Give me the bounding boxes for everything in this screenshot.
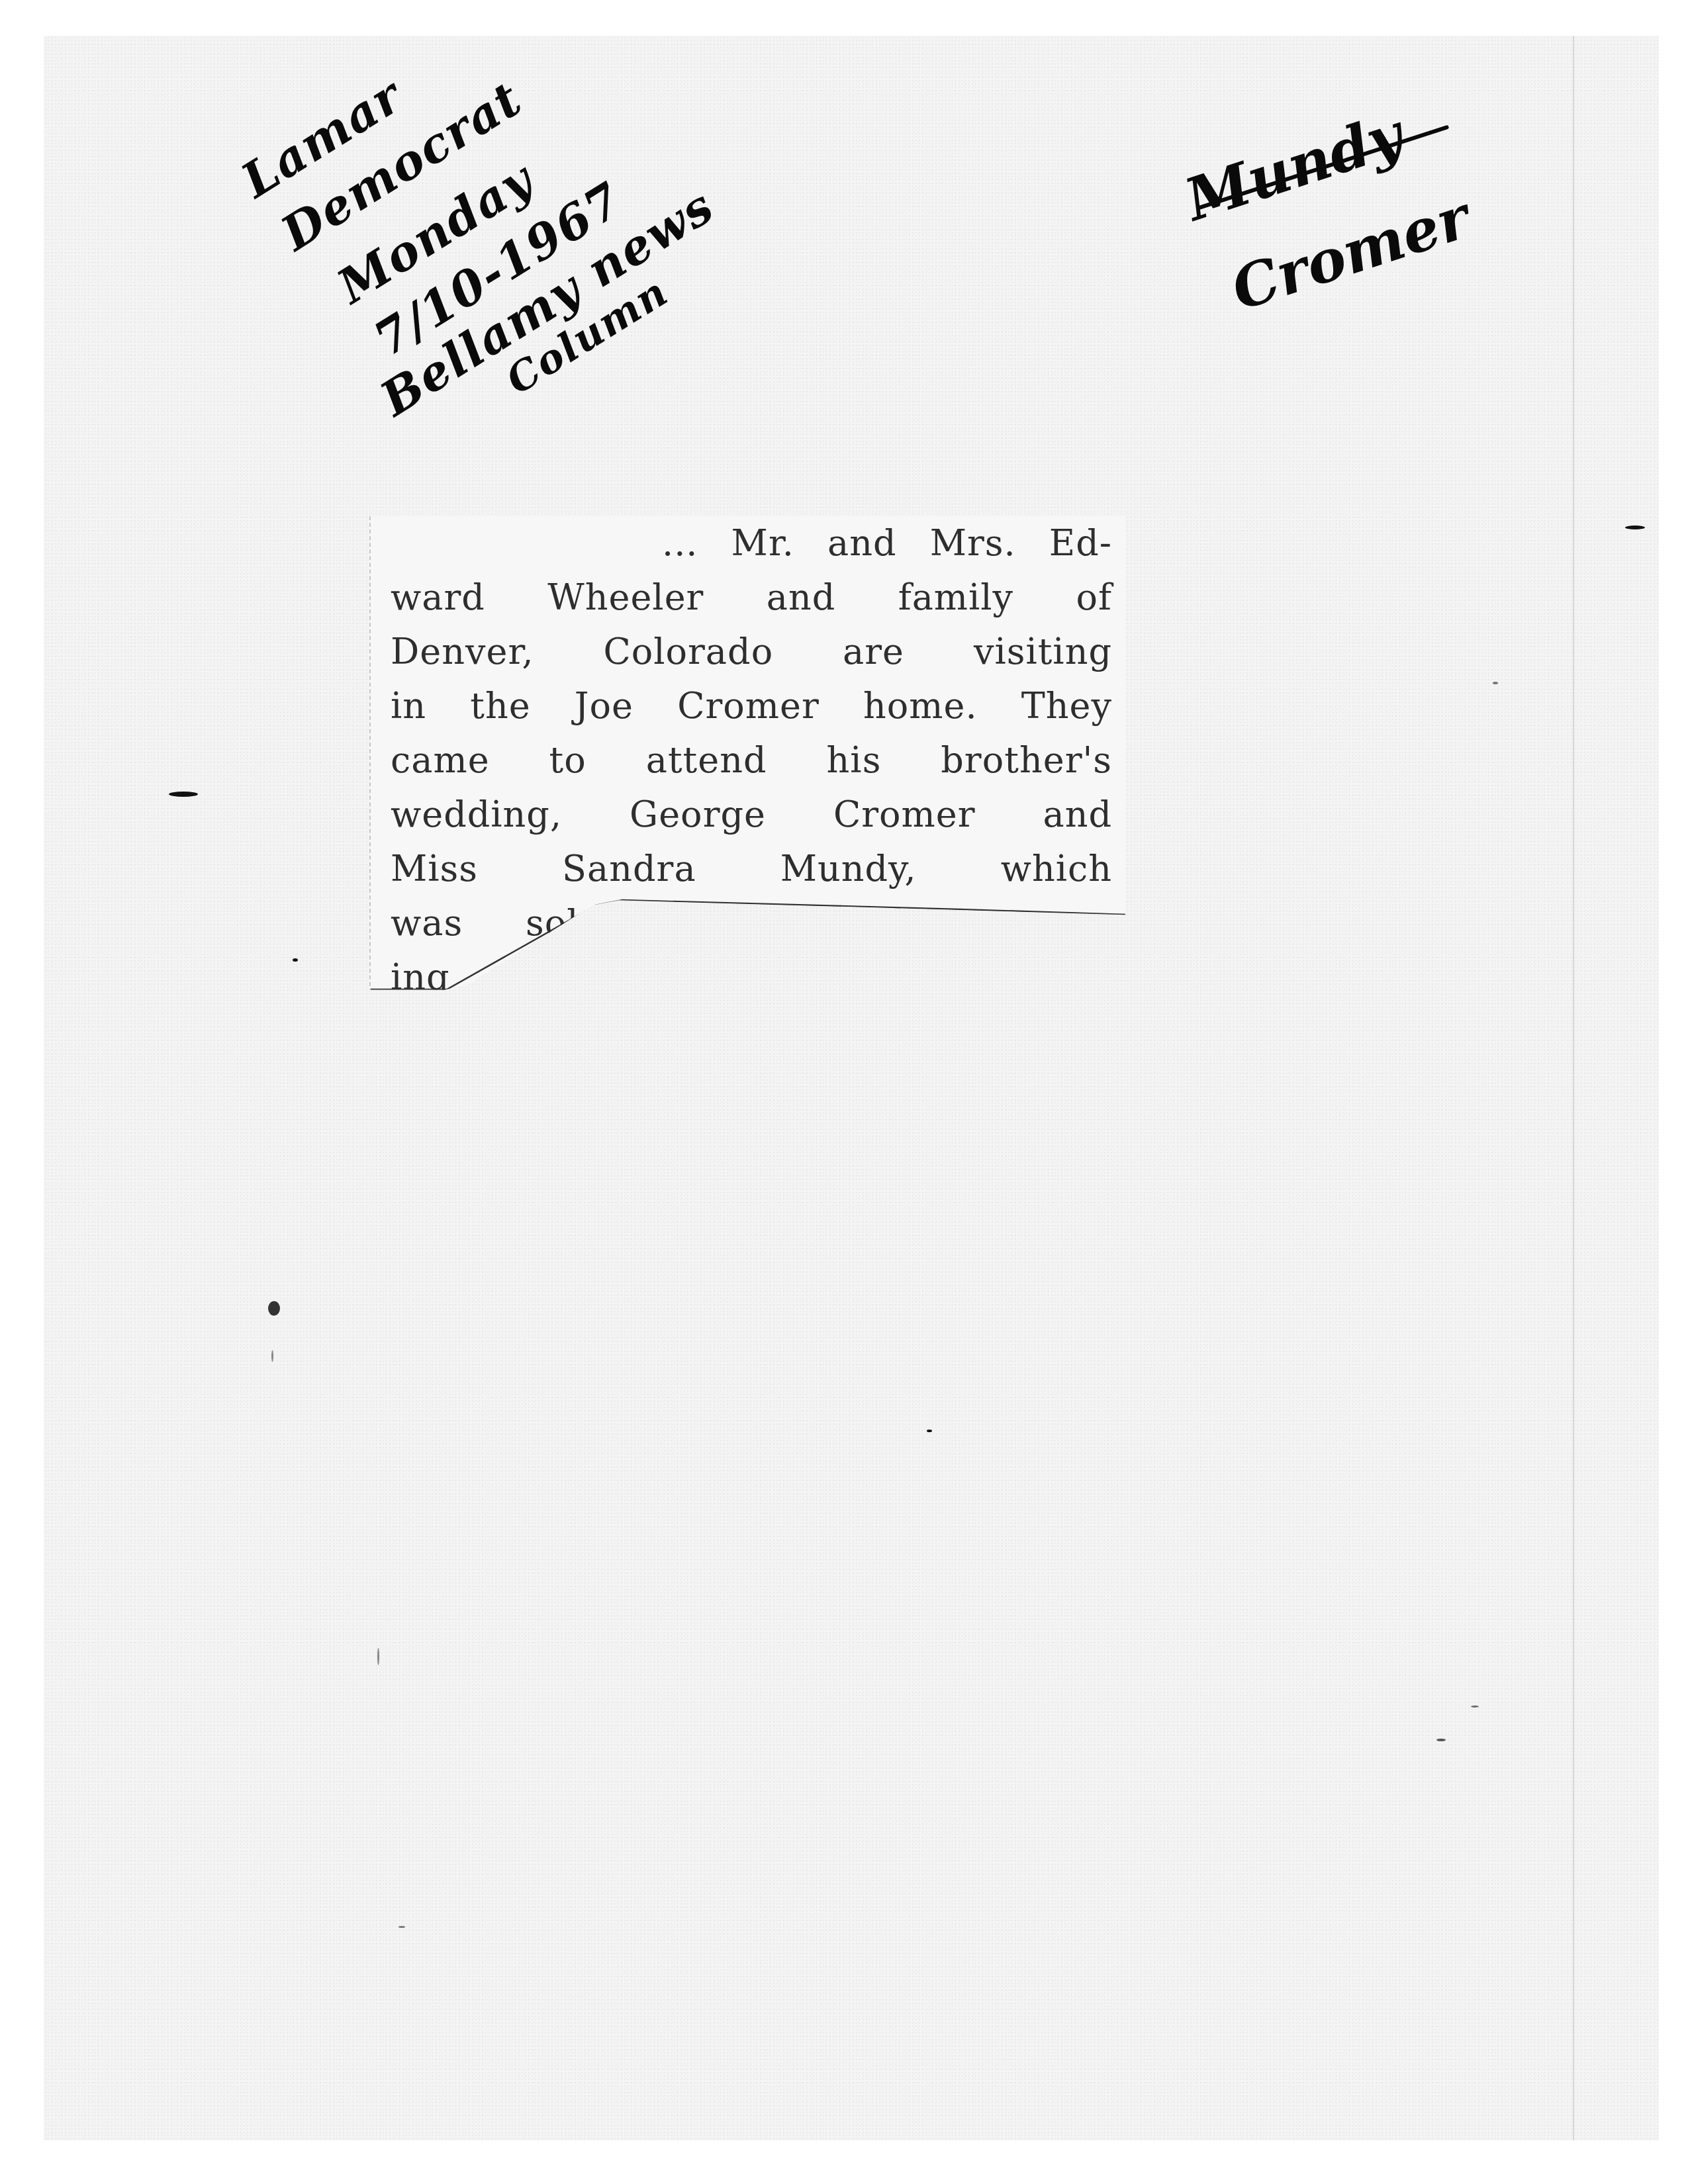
clipping-line: wedding, George Cromer and xyxy=(391,788,1112,842)
clipping-line: in the Joe Cromer home. They xyxy=(391,679,1112,733)
scan-fold-line xyxy=(1573,36,1574,2140)
scan-artifact xyxy=(1436,1739,1446,1741)
scan-artifact xyxy=(1471,1706,1479,1707)
scan-artifact xyxy=(271,1350,273,1362)
clipping-line: Denver, Colorado are visiting xyxy=(391,625,1112,679)
clipping-line: came to attend his brother's xyxy=(391,733,1112,788)
clipping-line: Miss Sandra Mundy, which xyxy=(391,842,1112,896)
clipping-line: ward Wheeler and family of xyxy=(391,570,1112,625)
scan-artifact xyxy=(169,792,198,797)
scanned-page xyxy=(44,36,1659,2140)
scan-artifact xyxy=(399,1926,405,1928)
scan-artifact xyxy=(377,1648,379,1665)
scan-artifact xyxy=(1493,682,1498,684)
scan-artifact xyxy=(268,1301,280,1316)
scan-artifact xyxy=(1625,525,1645,529)
scan-artifact xyxy=(293,958,298,962)
clipping-line: ... Mr. and Mrs. Ed- xyxy=(391,516,1112,570)
scan-artifact xyxy=(927,1430,932,1432)
